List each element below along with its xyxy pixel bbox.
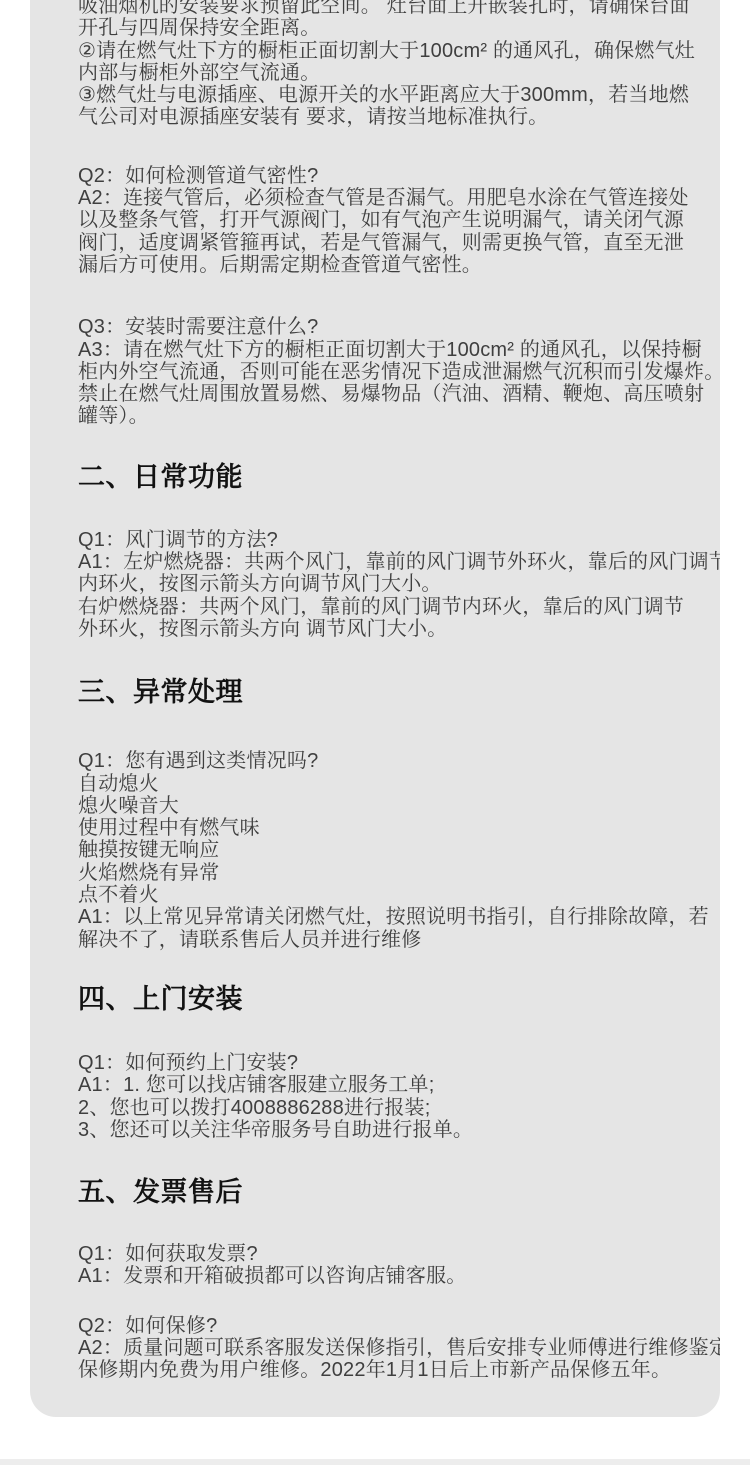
- faq-q1-install-booking: Q1：如何预约上门安装? A1：1. 您可以找店铺客服建立服务工单; 2、您也可…: [78, 1052, 720, 1141]
- faq-q1-invoice: Q1：如何获取发票? A1：发票和开箱破损都可以咨询店铺客服。: [78, 1243, 720, 1288]
- section-heading-door-to-door-install: 四、上门安装: [78, 982, 720, 1016]
- section-heading-abnormal-handling: 三、异常处理: [78, 675, 720, 709]
- faq-q1-damper-adjustment: Q1：风门调节的方法? A1：左炉燃烧器：共两个风门，靠前的风门调节外环火，靠后…: [78, 529, 720, 640]
- faq-q2-gas-tightness-check: Q2：如何检测管道气密性? A2：连接气管后，必须检查气管是否漏气。用肥皂水涂在…: [78, 165, 720, 276]
- next-card-top-edge: [0, 1459, 750, 1465]
- faq-q2-warranty: Q2：如何保修? A2：质量问题可联系客服发送保修指引，售后安排专业师傅进行维修…: [78, 1315, 720, 1382]
- faq-intro-install-requirements: 吸油烟机的安装要求预留此空间。 灶台面上开嵌装孔时，请确保台面 开孔与四周保持安…: [78, 0, 720, 129]
- section-heading-daily-functions: 二、日常功能: [78, 460, 720, 494]
- faq-q1-abnormal-symptoms: Q1：您有遇到这类情况吗? 自动熄火 熄火噪音大 使用过程中有燃气味 触摸按键无…: [78, 750, 720, 951]
- faq-q3-install-precautions: Q3：安装时需要注意什么? A3：请在燃气灶下方的橱柜正面切割大于100cm² …: [78, 316, 720, 427]
- faq-card: 吸油烟机的安装要求预留此空间。 灶台面上开嵌装孔时，请确保台面 开孔与四周保持安…: [30, 0, 720, 1417]
- section-heading-invoice-aftersales: 五、发票售后: [78, 1175, 720, 1209]
